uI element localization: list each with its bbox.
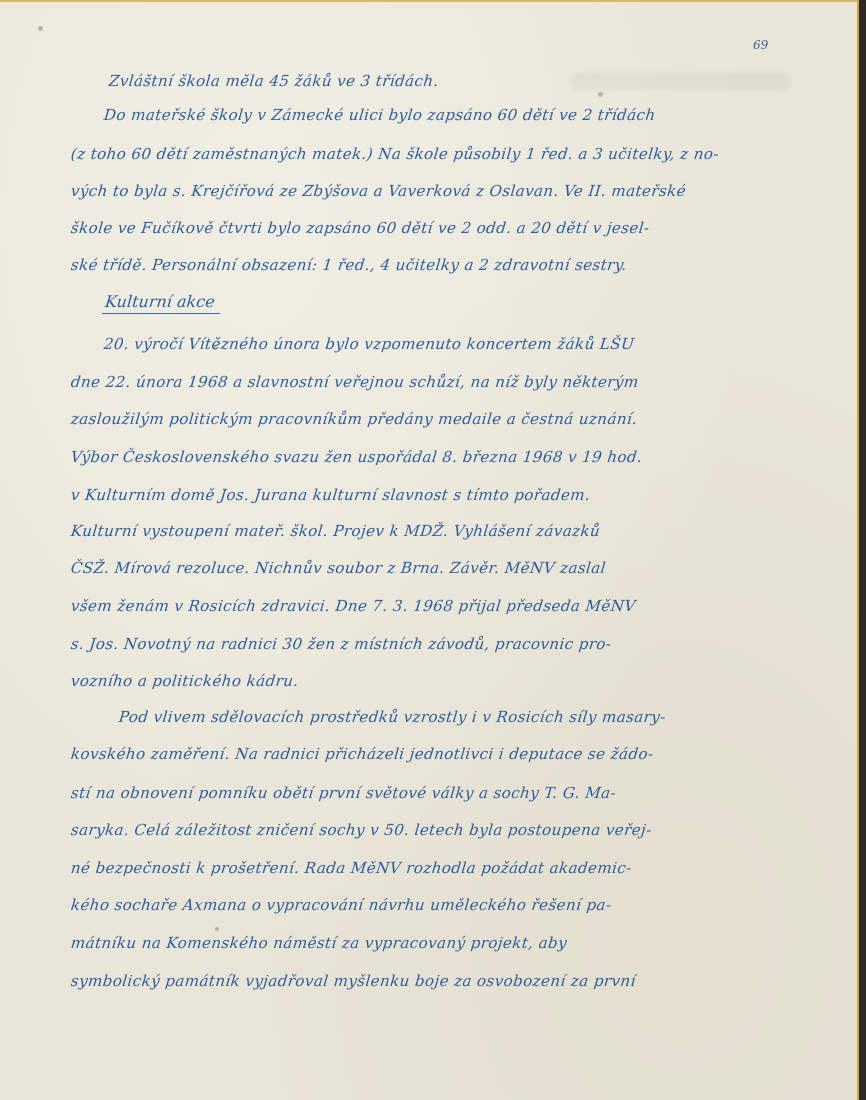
- text-line: Zvláštní škola měla 45 žáků ve 3 třídách…: [108, 72, 440, 90]
- document-page: 69 Zvláštní škola měla 45 žáků ve 3 tříd…: [0, 0, 857, 1100]
- text-line: ČSŽ. Mírová rezoluce. Nichnův soubor z B…: [70, 559, 607, 577]
- section-heading: Kulturní akce: [102, 292, 222, 314]
- paper-speck: [598, 92, 603, 97]
- text-line: stí na obnovení pomníku obětí první svět…: [70, 784, 617, 802]
- page-edge-border: [857, 0, 866, 1100]
- text-line: saryka. Celá záležitost zničení sochy v …: [70, 821, 653, 839]
- text-line: škole ve Fučíkově čtvrti bylo zapsáno 60…: [70, 219, 650, 237]
- text-line: Kulturní vystoupení mateř. škol. Projev …: [70, 522, 601, 540]
- paper-speck: [38, 26, 43, 31]
- text-line: Pod vlivem sdělovacích prostředků vzrost…: [118, 708, 667, 726]
- text-line: vozního a politického kádru.: [70, 672, 300, 690]
- bleed-through-smudge: [570, 72, 790, 90]
- text-line: ské třídě. Personální obsazení: 1 řed., …: [70, 256, 628, 274]
- text-line: zasloužilým politickým pracovníkům předá…: [70, 410, 638, 428]
- paper-speck: [215, 927, 219, 931]
- page-number: 69: [753, 38, 768, 52]
- text-line: kého sochaře Axmana o vypracování návrhu…: [70, 896, 612, 914]
- text-line: (z toho 60 dětí zaměstnaných matek.) Na …: [70, 145, 720, 163]
- text-line: symbolický památník vyjadřoval myšlenku …: [70, 972, 637, 990]
- text-line: né bezpečnosti k prošetření. Rada MěNV r…: [70, 859, 633, 877]
- text-line: Výbor Československého svazu žen uspořád…: [70, 448, 643, 466]
- text-line: kovského zaměření. Na radnici přicházeli…: [70, 745, 654, 763]
- text-line: Do mateřské školy v Zámecké ulici bylo z…: [103, 106, 656, 124]
- text-line: všem ženám v Rosicích zdravici. Dne 7. 3…: [70, 597, 637, 615]
- text-line: mátníku na Komenského náměstí za vypraco…: [70, 934, 568, 952]
- text-line: dne 22. února 1968 a slavnostní veřejnou…: [70, 373, 640, 391]
- text-line: vých to byla s. Krejčířová ze Zbýšova a …: [70, 182, 687, 200]
- text-line: v Kulturním domě Jos. Jurana kulturní sl…: [70, 486, 591, 504]
- text-line: 20. výročí Vítězného února bylo vzpomenu…: [103, 335, 635, 353]
- text-line: s. Jos. Novotný na radnici 30 žen z míst…: [70, 635, 612, 653]
